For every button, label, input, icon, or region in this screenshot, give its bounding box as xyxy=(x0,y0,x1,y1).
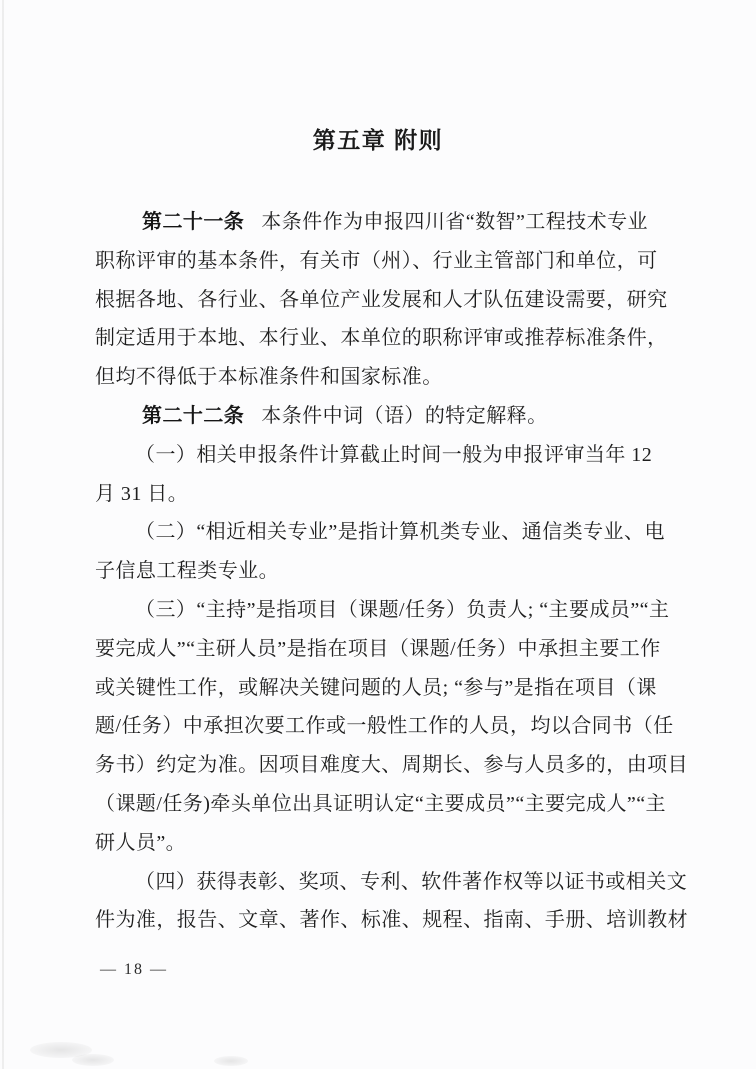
body-line: （一）相关申报条件计算截止时间一般为申报评审当年 12 xyxy=(95,436,673,475)
body-line: （课题/任务)牵头单位出具证明认定“主要成员”“主要完成人”“主 xyxy=(95,785,673,824)
body-line: 第二十二条本条件中词（语）的特定解释。 xyxy=(95,397,673,436)
body-line: 务书）约定为准。因项目难度大、周期长、参与人员多的，由项目 xyxy=(95,746,673,785)
scan-smudge-artifact xyxy=(72,1054,114,1066)
body-line: 但均不得低于本标准条件和国家标准。 xyxy=(95,358,673,397)
body-line: 子信息工程类专业。 xyxy=(95,552,673,591)
scan-smudge-artifact xyxy=(214,1056,248,1066)
body-line: （三）“主持”是指项目（课题/任务）负责人; “主要成员”“主 xyxy=(95,591,673,630)
body-line: 月 31 日。 xyxy=(95,475,673,514)
body-line: （二）“相近相关专业”是指计算机类专业、通信类专业、电 xyxy=(95,513,673,552)
page-number: — 18 — xyxy=(100,961,168,979)
body-line: （四）获得表彰、奖项、专利、软件著作权等以证书或相关文 xyxy=(95,863,673,902)
body-line: 要完成人”“主研人员”是指在项目（课题/任务）中承担主要工作 xyxy=(95,630,673,669)
body-line: 研人员”。 xyxy=(95,824,673,863)
body-line: 制定适用于本地、本行业、本单位的职称评审或推荐标准条件， xyxy=(95,319,673,358)
scan-edge-artifact xyxy=(2,0,4,1069)
body-line: 第二十一条本条件作为申报四川省“数智”工程技术专业 xyxy=(95,203,673,242)
body-line: 职称评审的基本条件，有关市（州）、行业主管部门和单位，可 xyxy=(95,242,673,281)
body-line: 题/任务）中承担次要工作或一般性工作的人员，均以合同书（任 xyxy=(95,707,673,746)
document-body: 第二十一条本条件作为申报四川省“数智”工程技术专业职称评审的基本条件，有关市（州… xyxy=(95,203,673,940)
body-line: 或关键性工作，或解决关键问题的人员; “参与”是指在项目（课 xyxy=(95,669,673,708)
body-line-text: 本条件中词（语）的特定解释。 xyxy=(261,405,547,427)
body-line: 件为准，报告、文章、著作、标准、规程、指南、手册、培训教材 xyxy=(95,901,673,940)
body-line: 根据各地、各行业、各单位产业发展和人才队伍建设需要，研究 xyxy=(95,281,673,320)
article-number: 第二十二条 xyxy=(142,405,244,427)
chapter-title: 第五章 附则 xyxy=(0,124,756,156)
scanned-document-page: 第五章 附则 第二十一条本条件作为申报四川省“数智”工程技术专业职称评审的基本条… xyxy=(0,0,756,1069)
body-line-text: 本条件作为申报四川省“数智”工程技术专业 xyxy=(261,211,648,233)
article-number: 第二十一条 xyxy=(142,211,244,233)
